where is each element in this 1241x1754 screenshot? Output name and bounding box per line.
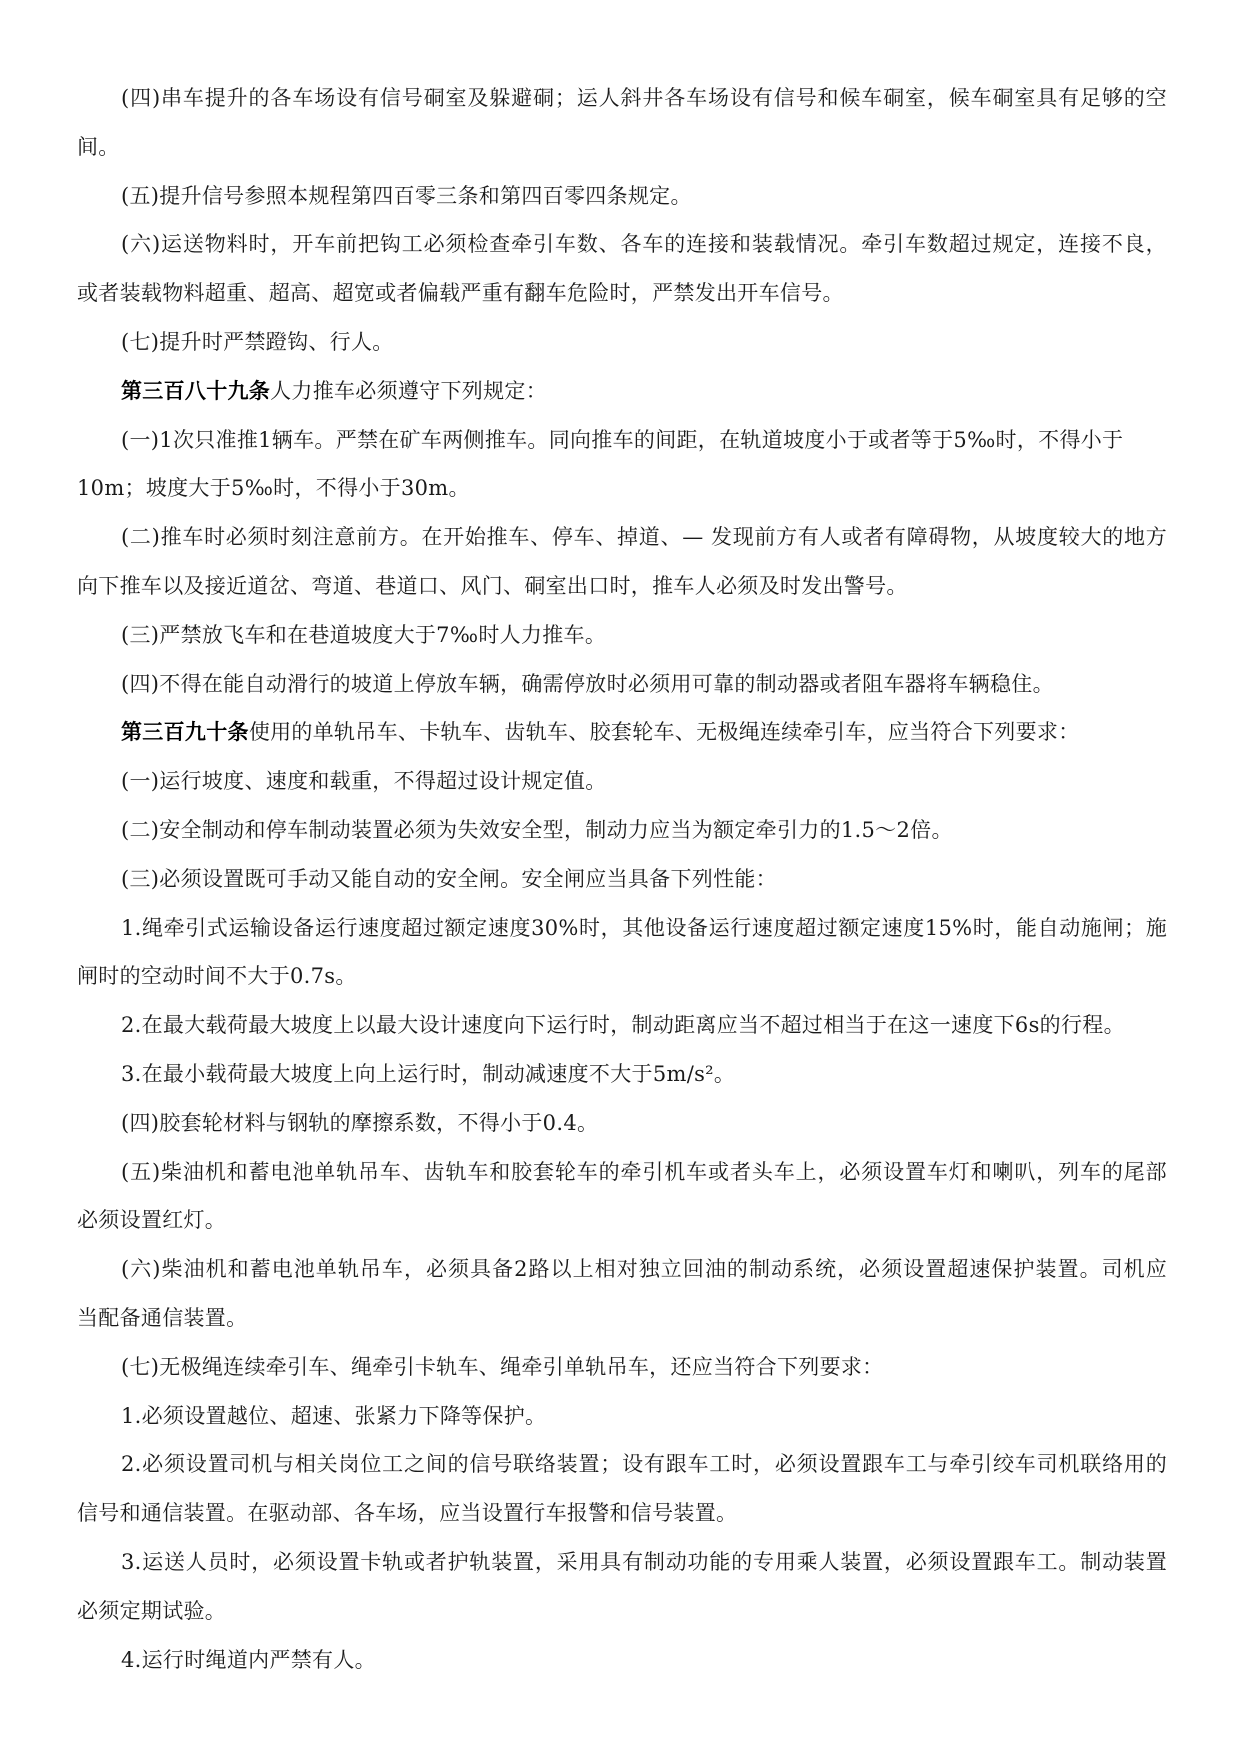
text-line: 或者装载物料超重、超高、超宽或者偏载严重有翻车危险时，严禁发出开车信号。 <box>77 269 1167 318</box>
text-line: 信号和通信装置。在驱动部、各车场，应当设置行车报警和信号装置。 <box>77 1489 1167 1538</box>
text-line: (七)无极绳连续牵引车、绳牵引卡轨车、绳牵引单轨吊车，还应当符合下列要求： <box>77 1343 1167 1392</box>
text-line: (六)柴油机和蓄电池单轨吊车，必须具备2路以上相对独立回油的制动系统，必须设置超… <box>77 1245 1167 1294</box>
paragraph-2-attention-ahead: (二)推车时必须时刻注意前方。在开始推车、停车、掉道、— 发现前方有人或者有障碍… <box>77 513 1167 611</box>
article-text: 使用的单轨吊车、卡轨车、齿轨车、胶套轮车、无极绳连续牵引车，应当符合下列要求： <box>249 720 1080 744</box>
item-1-overspeed: 1.绳牵引式运输设备运行速度超过额定速度30%时，其他设备运行速度超过额定速度1… <box>77 904 1167 1002</box>
paragraph-5-lights-horn: (五)柴油机和蓄电池单轨吊车、齿轨车和胶套轮车的牵引机车或者头车上，必须设置车灯… <box>77 1148 1167 1246</box>
text-line: (三)严禁放飞车和在巷道坡度大于7‰时人力推车。 <box>77 611 1167 660</box>
text-line: 3.在最小载荷最大坡度上向上运行时，制动减速度不大于5m/s²。 <box>77 1050 1167 1099</box>
text-line: 第三百九十条使用的单轨吊车、卡轨车、齿轨车、胶套轮车、无极绳连续牵引车，应当符合… <box>77 708 1167 757</box>
text-line: (六)运送物料时，开车前把钩工必须检查牵引车数、各车的连接和装载情况。牵引车数超… <box>77 220 1167 269</box>
paragraph-6-material-transport: (六)运送物料时，开车前把钩工必须检查牵引车数、各车的连接和装载情况。牵引车数超… <box>77 220 1167 318</box>
paragraph-4-shaft-chambers: (四)串车提升的各车场设有信号硐室及躲避硐；运人斜井各车场设有信号和候车硐室，候… <box>77 74 1167 172</box>
text-line: (五)提升信号参照本规程第四百零三条和第四百零四条规定。 <box>77 172 1167 221</box>
paragraph-1-push-one-car: (一)1次只准推1辆车。严禁在矿车两侧推车。同向推车的间距，在轨道坡度小于或者等… <box>77 416 1167 514</box>
paragraph-1-limits: (一)运行坡度、速度和载重，不得超过设计规定值。 <box>77 757 1167 806</box>
text-line: 10m；坡度大于5‰时，不得小于30m。 <box>77 464 1167 513</box>
article-number: 第三百八十九条 <box>121 379 270 403</box>
paragraph-2-fail-safe-brake: (二)安全制动和停车制动装置必须为失效安全型，制动力应当为额定牵引力的1.5～2… <box>77 806 1167 855</box>
text-line: 闸时的空动时间不大于0.7s。 <box>77 952 1167 1001</box>
document-page: (四)串车提升的各车场设有信号硐室及躲避硐；运人斜井各车场设有信号和候车硐室，候… <box>0 0 1241 1754</box>
paragraph-3-no-runaway: (三)严禁放飞车和在巷道坡度大于7‰时人力推车。 <box>77 611 1167 660</box>
text-line: (四)不得在能自动滑行的坡道上停放车辆，确需停放时必须用可靠的制动器或者阻车器将… <box>77 660 1167 709</box>
text-line: 4.运行时绳道内严禁有人。 <box>77 1636 1167 1685</box>
item-3-personnel-transport: 3.运送人员时，必须设置卡轨或者护轨装置，采用具有制动功能的专用乘人装置，必须设… <box>77 1538 1167 1636</box>
article-text: 人力推车必须遵守下列规定： <box>270 379 547 403</box>
text-line: (五)柴油机和蓄电池单轨吊车、齿轨车和胶套轮车的牵引机车或者头车上，必须设置车灯… <box>77 1148 1167 1197</box>
item-2-signal-devices: 2.必须设置司机与相关岗位工之间的信号联络装置；设有跟车工时，必须设置跟车工与牵… <box>77 1440 1167 1538</box>
paragraph-6-brake-systems: (六)柴油机和蓄电池单轨吊车，必须具备2路以上相对独立回油的制动系统，必须设置超… <box>77 1245 1167 1343</box>
text-line: 2.必须设置司机与相关岗位工之间的信号联络装置；设有跟车工时，必须设置跟车工与牵… <box>77 1440 1167 1489</box>
text-line: 间。 <box>77 123 1167 172</box>
text-line: (一)运行坡度、速度和载重，不得超过设计规定值。 <box>77 757 1167 806</box>
text-line: 1.必须设置越位、超速、张紧力下降等保护。 <box>77 1392 1167 1441</box>
text-line: 2.在最大载荷最大坡度上以最大设计速度向下运行时，制动距离应当不超过相当于在这一… <box>77 1001 1167 1050</box>
text-line: (一)1次只准推1辆车。严禁在矿车两侧推车。同向推车的间距，在轨道坡度小于或者等… <box>77 416 1167 465</box>
article-number: 第三百九十条 <box>121 720 249 744</box>
text-line: 必须设置红灯。 <box>77 1196 1167 1245</box>
text-line: 第三百八十九条人力推车必须遵守下列规定： <box>77 367 1167 416</box>
text-line: 必须定期试验。 <box>77 1587 1167 1636</box>
text-line: 当配备通信装置。 <box>77 1294 1167 1343</box>
text-line: 1.绳牵引式运输设备运行速度超过额定速度30%时，其他设备运行速度超过额定速度1… <box>77 904 1167 953</box>
paragraph-7-rope-haulage: (七)无极绳连续牵引车、绳牵引卡轨车、绳牵引单轨吊车，还应当符合下列要求： <box>77 1343 1167 1392</box>
item-4-no-persons-in-ropeway: 4.运行时绳道内严禁有人。 <box>77 1636 1167 1685</box>
paragraph-7-no-riding: (七)提升时严禁蹬钩、行人。 <box>77 318 1167 367</box>
text-line: (四)胶套轮材料与钢轨的摩擦系数，不得小于0.4。 <box>77 1099 1167 1148</box>
text-line: (四)串车提升的各车场设有信号硐室及躲避硐；运人斜井各车场设有信号和候车硐室，候… <box>77 74 1167 123</box>
text-line: (七)提升时严禁蹬钩、行人。 <box>77 318 1167 367</box>
text-line: (二)安全制动和停车制动装置必须为失效安全型，制动力应当为额定牵引力的1.5～2… <box>77 806 1167 855</box>
article-390-heading: 第三百九十条使用的单轨吊车、卡轨车、齿轨车、胶套轮车、无极绳连续牵引车，应当符合… <box>77 708 1167 757</box>
item-2-braking-distance: 2.在最大载荷最大坡度上以最大设计速度向下运行时，制动距离应当不超过相当于在这一… <box>77 1001 1167 1050</box>
item-1-protections: 1.必须设置越位、超速、张紧力下降等保护。 <box>77 1392 1167 1441</box>
article-389-heading: 第三百八十九条人力推车必须遵守下列规定： <box>77 367 1167 416</box>
item-3-deceleration: 3.在最小载荷最大坡度上向上运行时，制动减速度不大于5m/s²。 <box>77 1050 1167 1099</box>
text-line: 3.运送人员时，必须设置卡轨或者护轨装置，采用具有制动功能的专用乘人装置，必须设… <box>77 1538 1167 1587</box>
paragraph-3-safety-brake: (三)必须设置既可手动又能自动的安全闸。安全闸应当具备下列性能： <box>77 855 1167 904</box>
text-line: (三)必须设置既可手动又能自动的安全闸。安全闸应当具备下列性能： <box>77 855 1167 904</box>
paragraph-5-hoist-signals: (五)提升信号参照本规程第四百零三条和第四百零四条规定。 <box>77 172 1167 221</box>
paragraph-4-no-parking-slope: (四)不得在能自动滑行的坡道上停放车辆，确需停放时必须用可靠的制动器或者阻车器将… <box>77 660 1167 709</box>
paragraph-4-friction: (四)胶套轮材料与钢轨的摩擦系数，不得小于0.4。 <box>77 1099 1167 1148</box>
text-line: 向下推车以及接近道岔、弯道、巷道口、风门、硐室出口时，推车人必须及时发出警号。 <box>77 562 1167 611</box>
text-line: (二)推车时必须时刻注意前方。在开始推车、停车、掉道、— 发现前方有人或者有障碍… <box>77 513 1167 562</box>
